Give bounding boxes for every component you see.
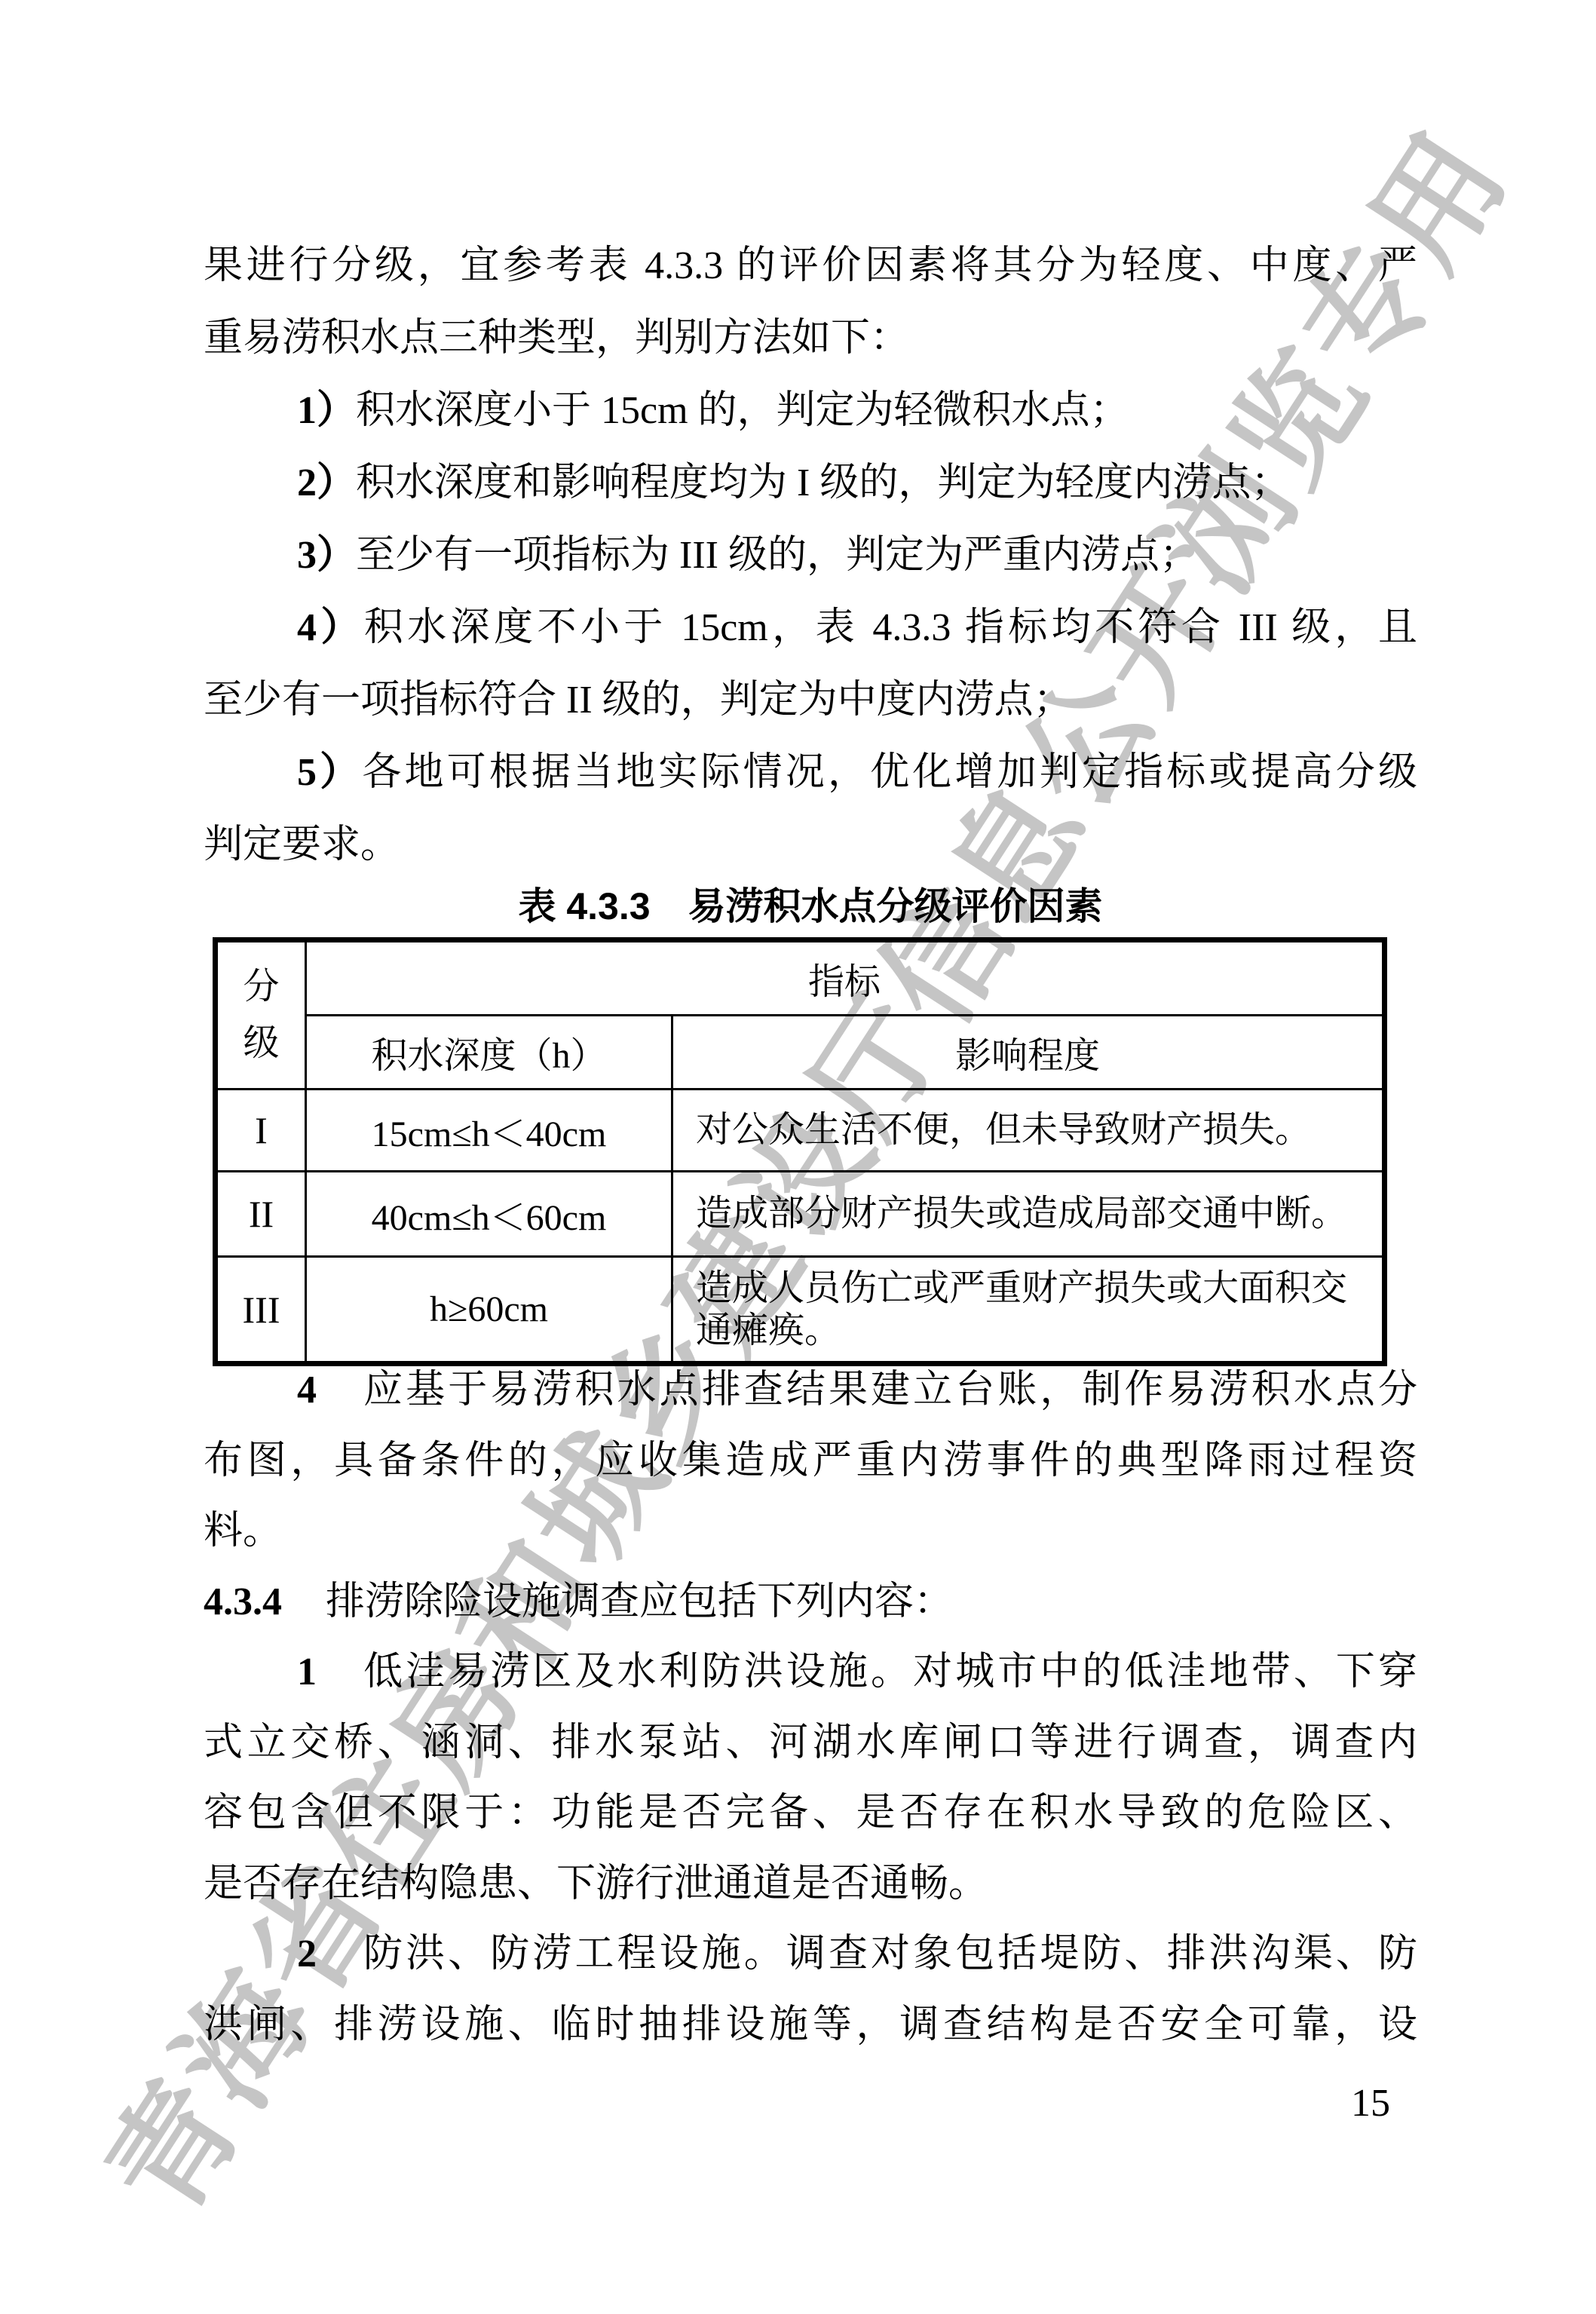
table-row: II 40cm≤h＜60cm 造成部分财产损失或造成局部交通中断。 <box>216 1172 1385 1257</box>
grade-evaluation-table: 分级 指标 积水深度（h） 影响程度 I 15cm≤h＜40cm 对公众生活不便… <box>213 937 1387 1366</box>
text-line: 1）积水深度小于 15cm 的，判定为轻微积水点； <box>204 375 1417 447</box>
clause-number: 3） <box>297 534 356 577</box>
text-line: 5）各地可根据当地实际情况，优化增加判定指标或提高分级 <box>204 737 1417 809</box>
table-title: 表 4.3.3 易涝积水点分级评价因素 <box>204 884 1417 929</box>
page-content: 果进行分级，宜参考表 4.3.3 的评价因素将其分为轻度、中度、严重易涝积水点三… <box>0 0 1596 2314</box>
text-line: 2防洪、防涝工程设施。调查对象包括堤防、排洪沟渠、防 <box>204 1919 1417 1990</box>
header-depth-cell: 积水深度（h） <box>306 1016 672 1090</box>
grade-cell: II <box>216 1172 306 1257</box>
clause-number: 4） <box>297 606 364 649</box>
text-line: 4）积水深度不小于 15cm，表 4.3.3 指标均不符合 III 级，且 <box>204 592 1417 664</box>
table-row: I 15cm≤h＜40cm 对公众生活不便，但未导致财产损失。 <box>216 1090 1385 1172</box>
text-line: 洪闸、排涝设施、临时抽排设施等，调查结构是否安全可靠，设 <box>204 1990 1417 2061</box>
text-line: 是否存在结构隐患、下游行泄通道是否通畅。 <box>204 1849 1417 1920</box>
text-line: 布图，具备条件的，应收集造成严重内涝事件的典型降雨过程资 <box>204 1426 1417 1497</box>
impact-cell: 造成部分财产损失或造成局部交通中断。 <box>672 1172 1385 1257</box>
grade-cell: I <box>216 1090 306 1172</box>
depth-cell: h≥60cm <box>306 1257 672 1364</box>
text-line: 2）积水深度和影响程度均为 I 级的，判定为轻度内涝点； <box>204 447 1417 520</box>
clause-number: 5） <box>297 751 362 794</box>
text-line: 重易涝积水点三种类型，判别方法如下： <box>204 302 1417 375</box>
text-line: 果进行分级，宜参考表 4.3.3 的评价因素将其分为轻度、中度、严 <box>204 230 1417 302</box>
clause-number: 1） <box>297 389 356 432</box>
clause-number: 1 <box>297 1650 317 1693</box>
text-line: 至少有一项指标符合 II 级的，判定为中度内涝点； <box>204 664 1417 737</box>
text-line: 式立交桥、涵洞、排水泵站、河湖水库闸口等进行调查，调查内 <box>204 1708 1417 1779</box>
clause-number: 2 <box>297 1932 317 1975</box>
document-page: 青海省住房和城乡建设厅信息公开浏览专用 果进行分级，宜参考表 4.3.3 的评价… <box>0 0 1596 2314</box>
impact-cell: 对公众生活不便，但未导致财产损失。 <box>672 1090 1385 1172</box>
impact-cell: 造成人员伤亡或严重财产损失或大面积交通瘫痪。 <box>672 1257 1385 1364</box>
text-line: 4.3.4排涝除险设施调查应包括下列内容： <box>204 1567 1417 1638</box>
text-line: 容包含但不限于：功能是否完备、是否存在积水导致的危险区、 <box>204 1778 1417 1849</box>
header-impact-cell: 影响程度 <box>672 1016 1385 1090</box>
clause-number: 4 <box>297 1368 317 1411</box>
depth-cell: 15cm≤h＜40cm <box>306 1090 672 1172</box>
paragraph-block-top: 果进行分级，宜参考表 4.3.3 的评价因素将其分为轻度、中度、严重易涝积水点三… <box>204 230 1417 881</box>
depth-cell: 40cm≤h＜60cm <box>306 1172 672 1257</box>
header-grade-cell: 分级 <box>216 940 306 1090</box>
text-line: 1低洼易涝区及水利防洪设施。对城市中的低洼地带、下穿 <box>204 1637 1417 1708</box>
grade-cell: III <box>216 1257 306 1364</box>
header-grade-label: 分级 <box>241 959 281 1071</box>
header-indicator-cell: 指标 <box>306 940 1385 1016</box>
text-line: 4应基于易涝积水点排查结果建立台账，制作易涝积水点分 <box>204 1355 1417 1426</box>
text-line: 3）至少有一项指标为 III 级的，判定为严重内涝点； <box>204 520 1417 592</box>
clause-number: 4.3.4 <box>204 1580 282 1623</box>
table-row: III h≥60cm 造成人员伤亡或严重财产损失或大面积交通瘫痪。 <box>216 1257 1385 1364</box>
paragraph-block-bottom: 4应基于易涝积水点排查结果建立台账，制作易涝积水点分布图，具备条件的，应收集造成… <box>204 1355 1417 2060</box>
page-number: 15 <box>1351 2081 1390 2126</box>
text-line: 料。 <box>204 1496 1417 1567</box>
clause-number: 2） <box>297 461 356 504</box>
text-line: 判定要求。 <box>204 809 1417 881</box>
